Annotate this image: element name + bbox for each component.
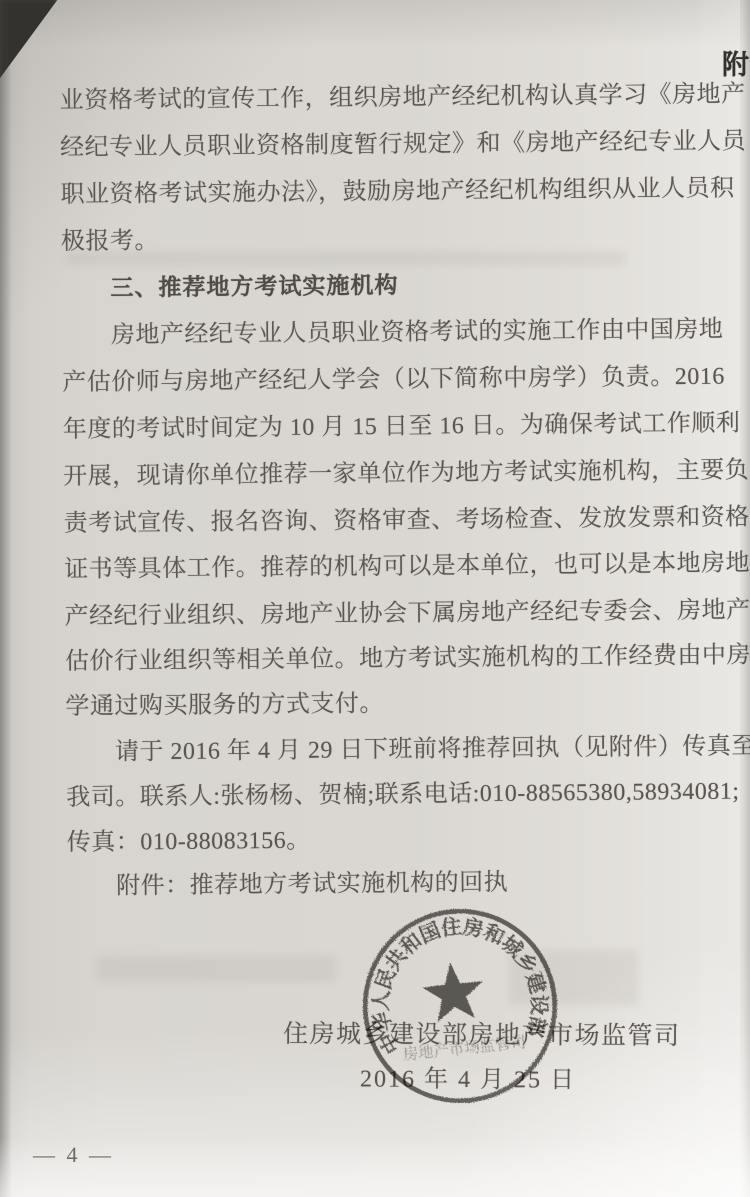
- body-line: 我司。联系人:张杨杨、贺楠;联系电话:010-88565380,58934081…: [66, 778, 739, 812]
- body-line: 责考试宣传、报名咨询、资格审查、考场检查、发放发票和资格: [64, 503, 750, 538]
- body-line: 学通过购买服务的方式支付。: [65, 690, 384, 721]
- section-heading: 三、推荐地方考试实施机构: [110, 272, 398, 303]
- body-line: 房地产经纪专业人员职业资格考试的实施工作由中国房地: [111, 316, 724, 350]
- attachment-line: 附件：推荐地方考试实施机构的回执: [116, 869, 508, 901]
- document-body: 业资格考试的宣传工作，组织房地产经纪机构认真学习《房地产 经纪专业人员职业资格制…: [0, 0, 750, 954]
- body-line: 职业资格考试实施办法》，鼓励房地产经纪机构组织从业人员积: [60, 175, 734, 209]
- body-line: 开展，现请你单位推荐一家单位作为地方考试实施机构，主要负: [63, 456, 749, 491]
- paper-bleed-smudge: [96, 956, 336, 982]
- body-line: 产经纪行业组织、房地产业协会下属房地产经纪专委会、房地产: [64, 596, 750, 631]
- body-line: 估价行业组织等相关单位。地方考试实施机构的工作经费由中房: [65, 641, 750, 676]
- body-line: 业资格考试的宣传工作，组织房地产经纪机构认真学习《房地产: [60, 80, 746, 115]
- official-seal: 中华人民共和国住房和城乡建设部 房地产市场监管司: [347, 893, 573, 1119]
- document-page: 附 业资格考试的宣传工作，组织房地产经纪机构认真学习《房地产 经纪专业人员职业资…: [0, 0, 750, 1197]
- body-line: 年度的考试时间定为 10 月 15 日至 16 日。为确保考试工作顺利: [63, 410, 741, 445]
- star-icon: [420, 959, 486, 1023]
- body-line: 极报考。: [61, 227, 159, 256]
- body-line: 传真：010-88083156。: [67, 827, 311, 857]
- page-number: — 4 —: [33, 1142, 114, 1168]
- body-line: 产估价师与房地产经纪人学会（以下简称中房学）负责。2016: [62, 363, 725, 397]
- seal-inner-text: 房地产市场监管司: [402, 1032, 527, 1064]
- body-line: 证书等具体工作。推荐的机构可以是本单位，也可以是本地房地: [64, 549, 750, 584]
- body-line: 请于 2016 年 4 月 29 日下班前将推荐回执（见附件）传真至: [115, 732, 750, 766]
- body-line: 经纪专业人员职业资格制度暂行规定》和《房地产经纪专业人员: [60, 127, 746, 162]
